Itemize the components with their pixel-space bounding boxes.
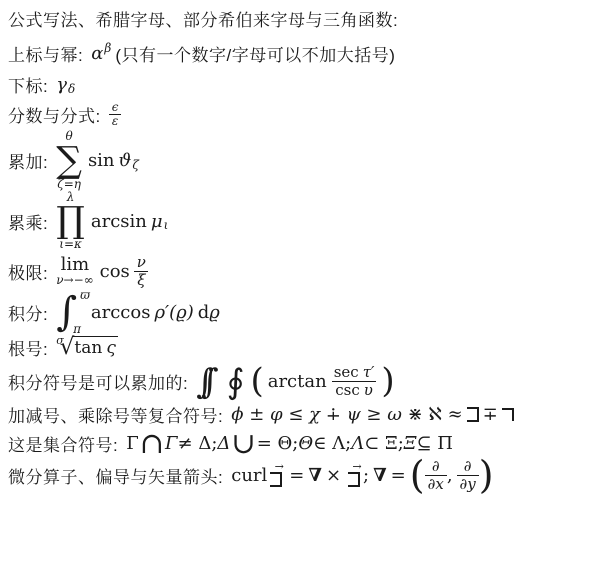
vartheta-arg: ϑ: [119, 150, 132, 171]
integral-formula: ∫ϖπ arccosρ′(ϱ)dϱ: [56, 289, 220, 335]
vector-arrow-icon: →: [275, 463, 284, 472]
sum-operator: θ∑ζ=η: [56, 130, 82, 191]
theta-italic: Θ: [298, 433, 313, 454]
xi-denominator: ξ: [134, 271, 148, 289]
operators-sequence: ϕ ± φ ≤ χ ∔ ψ ≥ ω ⋇ ℵ ≈: [231, 404, 462, 425]
contour-integral-icon: ∮: [227, 365, 245, 399]
beth-icon: [467, 407, 479, 422]
semicolon: ;: [363, 465, 369, 486]
vector-beth-2: →: [348, 463, 360, 487]
nabla-icon: ∇: [308, 465, 322, 486]
row-operators: 加减号、乘除号等复合符号: ϕ ± φ ≤ χ ∔ ψ ≥ ω ⋇ ℵ ≈ ∓: [8, 402, 589, 427]
row-vector: 微分算子、偏导与矢量箭头: curl → = ∇ × → ; ∇ = ( ∂∂x…: [8, 458, 589, 494]
sec-function: sec: [334, 363, 359, 381]
eq-theta: = Θ;: [257, 433, 299, 454]
sets-formula: Γ∩Γ ≠ Δ; Δ∪ = Θ; Θ ∈ Λ; Λ ⊂ Ξ; Ξ ⊆ Π: [126, 433, 453, 454]
rho-body: ρ′(ϱ): [154, 302, 193, 323]
beta-exponent: β: [104, 41, 111, 55]
row-subscript: 下标: γδ: [8, 72, 589, 97]
varrho-var: ϱ: [209, 302, 220, 323]
csc-function: csc: [335, 381, 360, 399]
row-title: 公式写法、希腊字母、部分希伯来字母与三角函数:: [8, 6, 589, 31]
subscript-label: 下标:: [8, 72, 48, 97]
vector-formula: curl → = ∇ × → ; ∇ = ( ∂∂x , ∂∂y ): [231, 458, 493, 494]
left-paren: (: [410, 458, 425, 492]
fraction-den: cscυ: [332, 381, 376, 399]
gamma-italic: Γ: [165, 433, 178, 454]
product-formula: λ∏ι=κ arcsinμι: [56, 191, 168, 252]
limit-label: 极限:: [8, 259, 48, 284]
daleth-icon: [502, 408, 514, 421]
arctan-function: arctan: [268, 371, 327, 392]
subscript-formula: γδ: [56, 74, 75, 95]
right-paren: ): [479, 458, 494, 492]
superscript-formula: αβ: [91, 43, 111, 64]
sum-label: 累加:: [8, 148, 48, 173]
root-label: 根号:: [8, 335, 48, 360]
in-lambda: ∈ Λ;: [313, 433, 351, 454]
minus-plus-sign: ∓: [483, 404, 498, 425]
neq-delta: ≠ Δ;: [178, 433, 218, 454]
arccos-function: arccos: [91, 302, 151, 323]
gamma-upright: Γ: [126, 433, 139, 454]
delta-italic: Δ: [217, 433, 230, 454]
partial-y-fraction: ∂∂y: [457, 458, 479, 494]
arcsin-function: arcsin: [91, 211, 147, 232]
zeta-subscript: ζ: [132, 158, 139, 172]
row-sum: 累加: θ∑ζ=η sinϑζ: [8, 130, 589, 191]
sigma-icon: ∑: [56, 144, 82, 178]
cos-function: cos: [100, 261, 130, 282]
row-limit: 极限: limν→−∞ cos νξ: [8, 254, 589, 290]
union-icon: ∪: [231, 433, 255, 453]
times-sign: ×: [326, 465, 341, 486]
sec-csc-fraction: secτ′cscυ: [331, 364, 378, 400]
delta-subscript: δ: [68, 82, 75, 96]
tau-prime: τ′: [363, 363, 375, 381]
comma: ,: [447, 465, 453, 486]
integral-label: 积分:: [8, 300, 48, 325]
alpha-base: α: [91, 43, 103, 64]
fraction-num: secτ′: [331, 364, 378, 381]
row-product: 累乘: λ∏ι=κ arcsinμι: [8, 191, 589, 252]
vector-arrow-icon: →: [352, 463, 361, 472]
mu-arg: μ: [151, 211, 163, 232]
vector-label: 微分算子、偏导与矢量箭头:: [8, 463, 223, 488]
fraction-denominator: ε: [109, 114, 121, 128]
equals-sign-2: =: [391, 465, 406, 486]
nu-numerator: ν: [134, 254, 149, 271]
sin-function: sin: [88, 150, 115, 171]
operators-label: 加减号、乘除号等复合符号:: [8, 402, 223, 427]
fraction-label: 分数与分式:: [8, 102, 101, 127]
equals-sign: =: [289, 465, 304, 486]
page-title: 公式写法、希腊字母、部分希伯来字母与三角函数:: [8, 6, 398, 31]
radical: σ√tanς: [56, 336, 118, 359]
row-sets: 这是集合符号: Γ∩Γ ≠ Δ; Δ∪ = Θ; Θ ∈ Λ; Λ ⊂ Ξ; Ξ…: [8, 431, 589, 456]
epsilon-fraction: ϵε: [109, 101, 122, 128]
curl-function: curl: [231, 465, 267, 486]
left-paren: (: [250, 366, 263, 397]
integral-upper: ϖ: [80, 289, 90, 301]
sets-label: 这是集合符号:: [8, 431, 118, 456]
nabla-icon-2: ∇: [373, 465, 387, 486]
superscript-label: 上标与幂:: [8, 41, 83, 66]
iota-subscript: ι: [164, 218, 169, 232]
limit-formula: limν→−∞ cos νξ: [56, 254, 149, 290]
root-index: σ: [56, 334, 64, 347]
multi-integral-formula: ∫∫∮(arctan secτ′cscυ ): [196, 364, 394, 400]
subset-xi: ⊂ Ξ;: [364, 433, 404, 454]
intersection-icon: ∩: [140, 433, 164, 453]
differential-d: d: [198, 302, 210, 323]
row-multi-integral: 积分符号是可以累加的: ∫∫∮(arctan secτ′cscυ ): [8, 364, 589, 400]
upsilon-var: υ: [364, 381, 373, 399]
product-operator: λ∏ι=κ: [56, 191, 85, 252]
beth-icon: [348, 472, 360, 487]
sum-lower-limit: ζ=η: [57, 178, 81, 191]
limit-operator: limν→−∞: [56, 256, 93, 287]
gamma-base: γ: [56, 74, 67, 95]
row-integral: 积分: ∫ϖπ arccosρ′(ϱ)dϱ: [8, 289, 589, 335]
row-root: 根号: σ√tanς: [8, 335, 589, 360]
operators-formula: ϕ ± φ ≤ χ ∔ ψ ≥ ω ⋇ ℵ ≈ ∓: [231, 404, 518, 425]
varsigma-arg: ς: [106, 338, 116, 358]
integral-operator: ∫ϖπ: [56, 289, 87, 335]
partial-x-den: ∂x: [425, 475, 447, 493]
document: 公式写法、希腊字母、部分希伯来字母与三角函数: 上标与幂: αβ (只有一个数字…: [0, 0, 597, 493]
multi-integral-label: 积分符号是可以累加的:: [8, 369, 188, 394]
radicand: tanς: [72, 336, 117, 358]
lambda-italic: Λ: [351, 433, 364, 454]
partial-y-den: ∂y: [457, 475, 479, 493]
sum-formula: θ∑ζ=η sinϑζ: [56, 130, 139, 191]
right-paren: ): [381, 366, 394, 397]
partial-x-fraction: ∂∂x: [425, 458, 447, 494]
partial-num: ∂: [429, 458, 443, 475]
partial-num-2: ∂: [461, 458, 475, 475]
limit-under: ν→−∞: [56, 274, 93, 287]
integral-lower: π: [73, 323, 83, 335]
superscript-note: (只有一个数字/字母可以不加大括号): [115, 41, 395, 66]
fraction-numerator: ϵ: [109, 101, 122, 114]
subseteq-pi: ⊆ Π: [416, 433, 453, 454]
vector-beth-1: →: [270, 463, 282, 487]
lim-word: lim: [61, 256, 90, 274]
fraction-formula: ϵε: [109, 101, 122, 128]
product-label: 累乘:: [8, 209, 48, 234]
nu-xi-fraction: νξ: [134, 254, 149, 290]
root-formula: σ√tanς: [56, 336, 118, 359]
xi-italic: Ξ: [404, 433, 417, 454]
double-integral-icon: ∫∫: [196, 365, 219, 399]
beth-icon: [270, 472, 282, 487]
row-superscript: 上标与幂: αβ (只有一个数字/字母可以不加大括号): [8, 41, 589, 66]
tan-function: tan: [74, 338, 102, 358]
pi-product-icon: ∏: [56, 204, 85, 238]
row-fraction: 分数与分式: ϵε: [8, 101, 589, 128]
product-lower-limit: ι=κ: [59, 238, 82, 251]
